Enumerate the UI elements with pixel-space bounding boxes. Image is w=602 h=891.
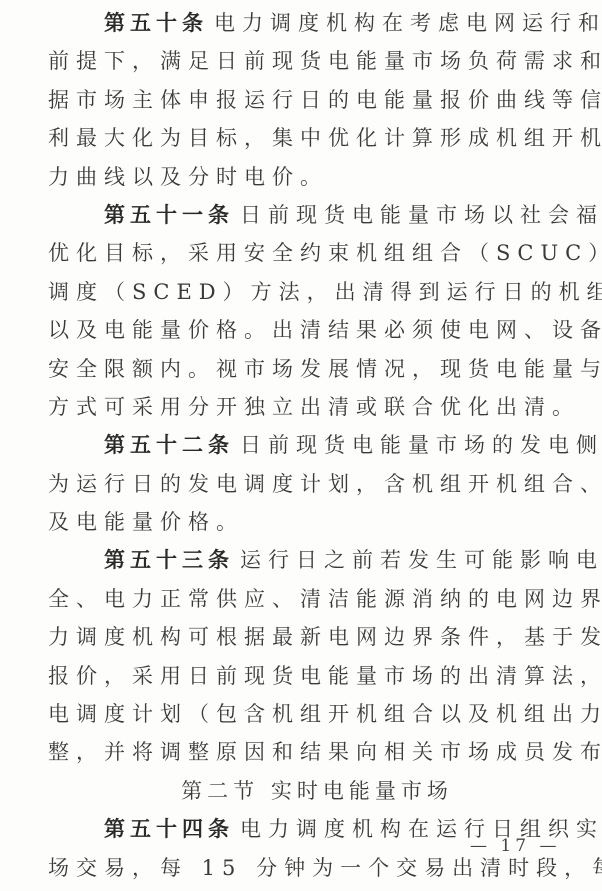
article-52-line-1: 第五十二条日前现货电能量市场的发电侧出清结果即 bbox=[48, 426, 558, 464]
article-50-line-4: 利最大化为目标，集中优化计算形成机组开机组合、发电出 bbox=[48, 119, 558, 157]
article-53-label: 第五十三条 bbox=[104, 547, 234, 572]
article-51-line-1: 第五十一条日前现货电能量市场以社会福利最大化为 bbox=[48, 196, 558, 234]
article-50-line-5: 力曲线以及分时电价。 bbox=[48, 158, 558, 196]
article-50-line-2: 前提下，满足日前现货电能量市场负荷需求和备用需求，根 bbox=[48, 42, 558, 80]
article-53-line-3: 力调度机构可根据最新电网边界条件，基于发电机组的日前 bbox=[48, 618, 558, 656]
article-51-line-6: 方式可采用分开独立出清或联合优化出清。 bbox=[48, 388, 558, 426]
article-51-line-2: 优化目标，采用安全约束机组组合（SCUC）、安全约束经济 bbox=[48, 234, 558, 272]
article-51-label: 第五十一条 bbox=[104, 202, 234, 227]
article-50-line-3: 据市场主体申报运行日的电能量报价曲线等信息，以社会福 bbox=[48, 81, 558, 119]
article-53-line-4: 报价，采用日前现货电能量市场的出清算法，对运行日的发 bbox=[48, 657, 558, 695]
article-50-line-1: 第五十条电力调度机构在考虑电网运行和物理约束的 bbox=[48, 4, 558, 42]
article-52-label: 第五十二条 bbox=[104, 432, 234, 457]
section-heading: 第二节 实时电能量市场 bbox=[48, 772, 558, 810]
article-53-line-6: 整，并将调整原因和结果向相关市场成员发布。 bbox=[48, 733, 558, 771]
article-50-label: 第五十条 bbox=[104, 10, 208, 35]
article-53-line-5: 电调度计划（包含机组开机组合以及机组出力计划）进行调 bbox=[48, 695, 558, 733]
article-53-line-2: 全、电力正常供应、清洁能源消纳的电网边界条件变化，电 bbox=[48, 580, 558, 618]
article-51-line-4: 以及电能量价格。出清结果必须使电网、设备运行在规定的 bbox=[48, 311, 558, 349]
article-53-line-1: 第五十三条运行日之前若发生可能影响电网及设备安 bbox=[48, 541, 558, 579]
page-number: — 17 — bbox=[470, 836, 560, 856]
article-52-line-3: 及电能量价格。 bbox=[48, 503, 558, 541]
article-52-line-2: 为运行日的发电调度计划，含机组开机组合、机组出力计划 bbox=[48, 465, 558, 503]
article-51-line-3: 调度（SCED）方法，出清得到运行日的机组组合、发电曲线 bbox=[48, 273, 558, 311]
article-51-line-5: 安全限额内。视市场发展情况，现货电能量与辅助服务出清 bbox=[48, 350, 558, 388]
document-page: 第五十条电力调度机构在考虑电网运行和物理约束的 前提下，满足日前现货电能量市场负… bbox=[48, 4, 558, 887]
article-54-label: 第五十四条 bbox=[104, 816, 234, 841]
